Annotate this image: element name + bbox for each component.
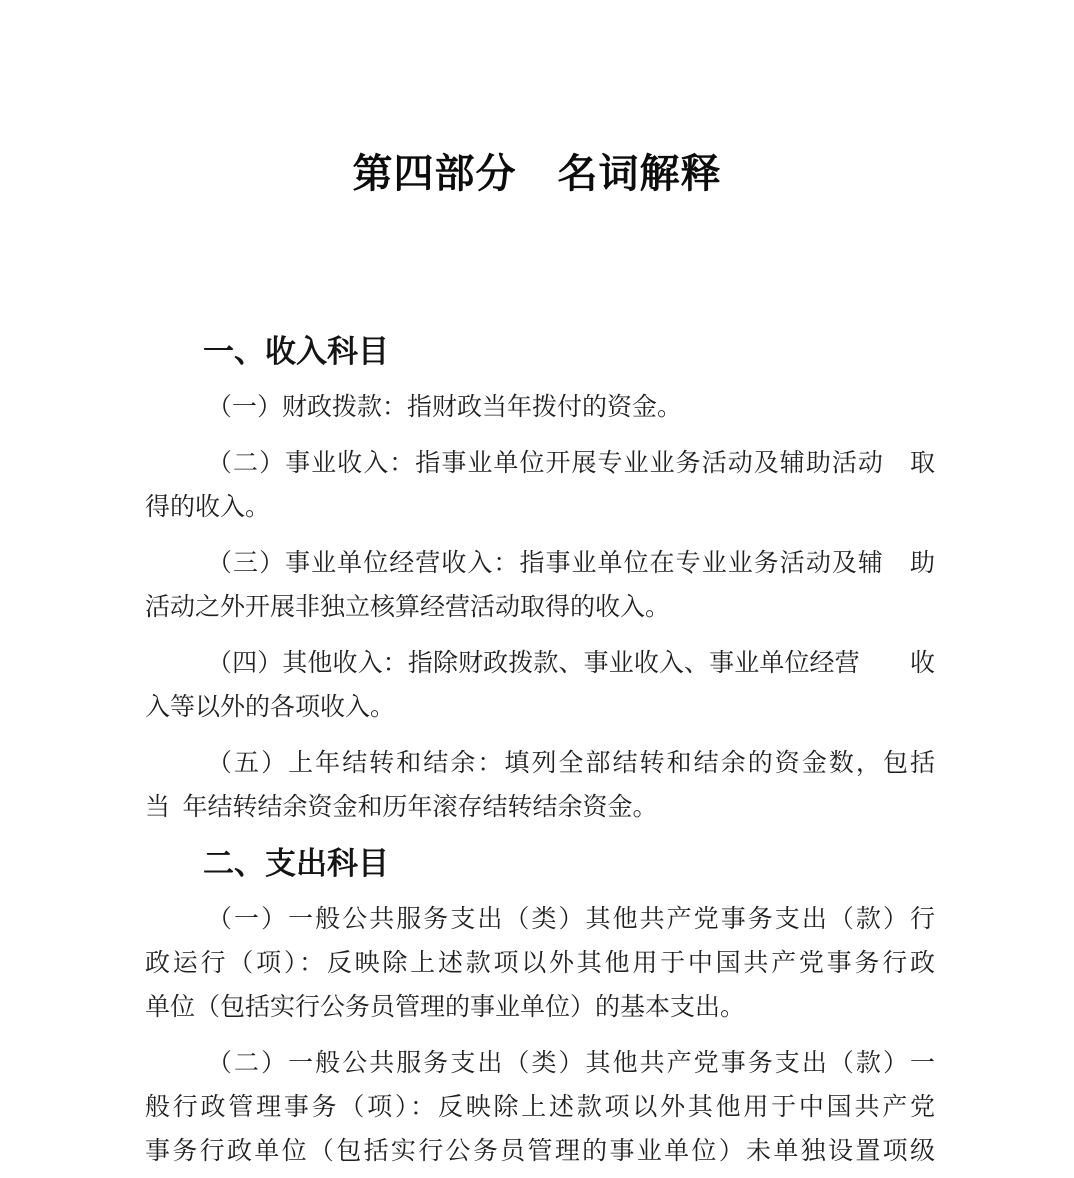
paragraph-line: 单位（包括实行公务员管理的事业单位）的基本支出。 <box>145 986 935 1030</box>
paragraph-line: （三）事业单位经营收入：指事业单位在专业业务活动及辅 助 <box>145 542 935 586</box>
paragraph-line: （二）一般公共服务支出（类）其他共产党事务支出（款）一 <box>145 1042 935 1086</box>
paragraph-line: 事务行政单位（包括实行公务员管理的事业单位）未单独设置项级 <box>145 1130 935 1174</box>
paragraph: （二）事业收入：指事业单位开展专业业务活动及辅助活动 取得的收入。 <box>145 442 935 530</box>
paragraph-line: （五）上年结转和结余：填列全部结转和结余的资金数，包括 <box>145 742 935 786</box>
paragraph: （二）一般公共服务支出（类）其他共产党事务支出（款）一般行政管理事务（项）：反映… <box>145 1042 935 1174</box>
section-2: 二、支出科目（一）一般公共服务支出（类）其他共产党事务支出（款）行政运行（项）：… <box>145 842 935 1174</box>
paragraph-line: 活动之外开展非独立核算经营活动取得的收入。 <box>145 586 935 630</box>
paragraph-line: 政运行（项）：反映除上述款项以外其他用于中国共产党事务行政 <box>145 942 935 986</box>
paragraph-line: 般行政管理事务（项）：反映除上述款项以外其他用于中国共产党 <box>145 1086 935 1130</box>
section-1: 一、收入科目（一）财政拨款：指财政当年拨付的资金。（二）事业收入：指事业单位开展… <box>145 330 935 830</box>
document-page: 第四部分 名词解释 一、收入科目（一）财政拨款：指财政当年拨付的资金。（二）事业… <box>0 0 1074 1178</box>
paragraph-line: （四）其他收入：指除财政拨款、事业收入、事业单位经营 收 <box>145 642 935 686</box>
paragraph-line: （一）一般公共服务支出（类）其他共产党事务支出（款）行 <box>145 898 935 942</box>
paragraph-line: 入等以外的各项收入。 <box>145 686 935 730</box>
section-heading: 二、支出科目 <box>145 842 935 886</box>
paragraph-line: （二）事业收入：指事业单位开展专业业务活动及辅助活动 取 <box>145 442 935 486</box>
paragraph-line: 当 年结转结余资金和历年滚存结转结余资金。 <box>145 786 935 830</box>
paragraph-line: （一）财政拨款：指财政当年拨付的资金。 <box>145 386 935 430</box>
section-heading: 一、收入科目 <box>145 330 935 374</box>
paragraph: （五）上年结转和结余：填列全部结转和结余的资金数，包括当 年结转结余资金和历年滚… <box>145 742 935 830</box>
document-title: 第四部分 名词解释 <box>0 0 1074 200</box>
document-body: 一、收入科目（一）财政拨款：指财政当年拨付的资金。（二）事业收入：指事业单位开展… <box>145 330 935 1174</box>
paragraph-line: 得的收入。 <box>145 486 935 530</box>
paragraph: （一）一般公共服务支出（类）其他共产党事务支出（款）行政运行（项）：反映除上述款… <box>145 898 935 1030</box>
paragraph: （三）事业单位经营收入：指事业单位在专业业务活动及辅 助活动之外开展非独立核算经… <box>145 542 935 630</box>
paragraph: （一）财政拨款：指财政当年拨付的资金。 <box>145 386 935 430</box>
paragraph: （四）其他收入：指除财政拨款、事业收入、事业单位经营 收入等以外的各项收入。 <box>145 642 935 730</box>
